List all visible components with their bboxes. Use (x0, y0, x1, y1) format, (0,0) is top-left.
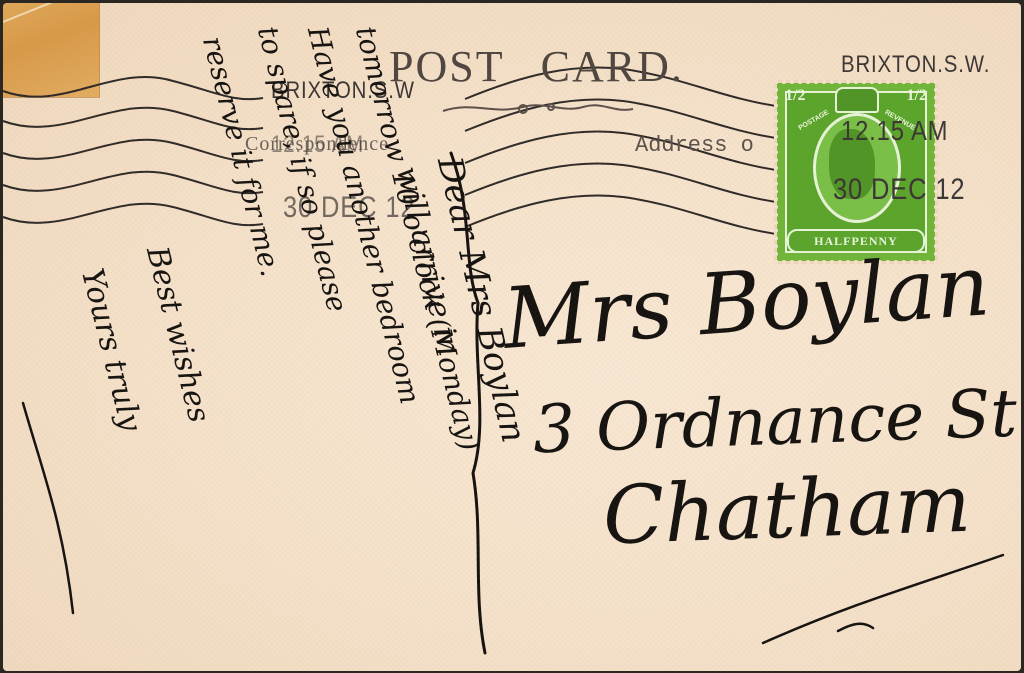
postmark-office-right: BRIXTON.S.W. (841, 51, 990, 79)
postmark-time-right: 12.15 AM (841, 115, 948, 147)
crown-icon (835, 87, 879, 113)
postcard: POSTCARD. Correspondence Address o BRIXT… (3, 3, 1021, 671)
postcard-title: POSTCARD. (389, 41, 684, 92)
halfpenny-stamp: 1/2 1/2 POSTAGE REVENUE HALFPENNY (777, 83, 935, 261)
postmark-date-right: 30 DEC 12 (833, 173, 965, 207)
address-label: Address o (635, 133, 754, 158)
address-line-town: Chatham (601, 457, 972, 563)
stamp-fraction-left: 1/2 (785, 89, 805, 103)
stamp-fraction-right: 1/2 (907, 89, 927, 103)
